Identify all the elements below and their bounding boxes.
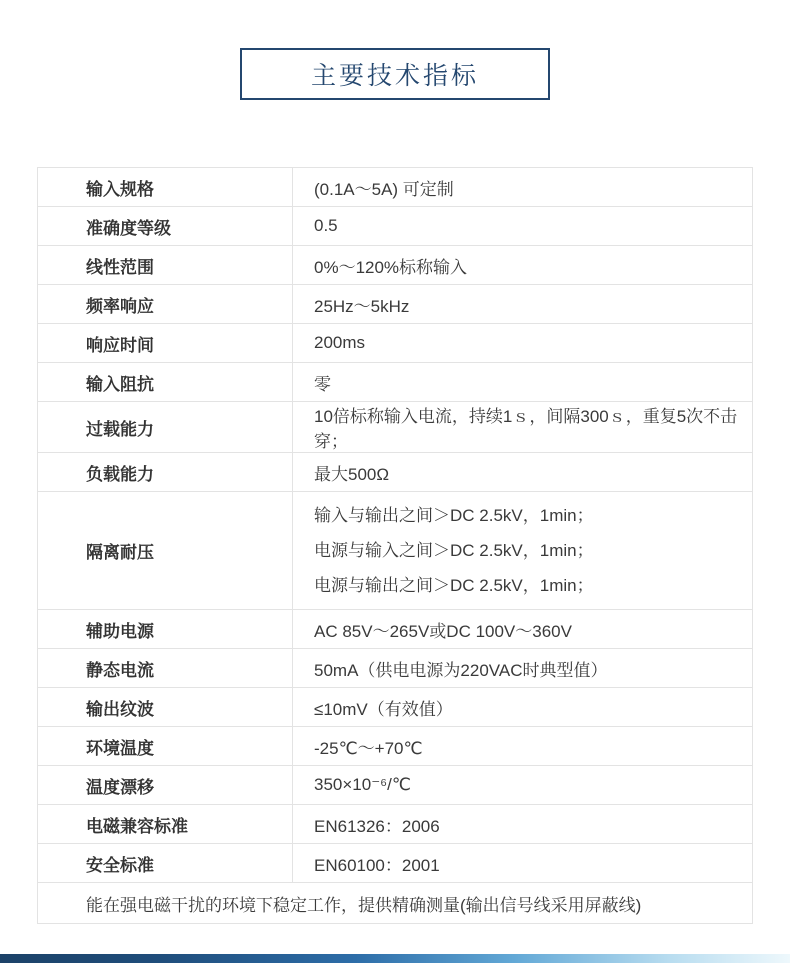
table-row-response-time: 响应时间 200ms [38,324,752,363]
table-row-linear-range: 线性范围 0%～120%标称输入 [38,246,752,285]
page-title: 主要技术指标 [311,56,479,92]
spec-table: 输入规格 (0.1A～5A) 可定制 准确度等级 0.5 线性范围 0%～120… [37,167,753,924]
spec-value: ≤10mV（有效值） [293,688,752,726]
table-row-input-impedance: 输入阻抗 零 [38,363,752,402]
spec-value: EN61326：2006 [293,805,752,843]
spec-label: 输出纹波 [38,688,293,726]
spec-label: 静态电流 [38,649,293,687]
spec-label: 负载能力 [38,453,293,491]
footer-note: 能在强电磁干扰的环境下稳定工作，提供精确测量(输出信号线采用屏蔽线) [38,883,752,923]
spec-value-line: 电源与输出之间＞DC 2.5kV，1min； [314,568,594,603]
spec-label: 频率响应 [38,285,293,323]
table-row-emc-standard: 电磁兼容标准 EN61326：2006 [38,805,752,844]
page-title-box: 主要技术指标 [240,48,550,100]
spec-value-line: 输入与输出之间＞DC 2.5kV，1min； [314,498,594,533]
table-row-safety-standard: 安全标准 EN60100：2001 [38,844,752,883]
spec-value: 最大500Ω [293,453,752,491]
spec-label: 安全标准 [38,844,293,882]
spec-value: 0.5 [293,207,752,245]
spec-value: AC 85V～265V或DC 100V～360V [293,610,752,648]
spec-label: 响应时间 [38,324,293,362]
table-row-auxiliary-power: 辅助电源 AC 85V～265V或DC 100V～360V [38,610,752,649]
spec-label: 输入阻抗 [38,363,293,401]
spec-label: 温度漂移 [38,766,293,804]
spec-value-multiline: 输入与输出之间＞DC 2.5kV，1min； 电源与输入之间＞DC 2.5kV，… [293,492,752,609]
spec-value: -25℃～+70℃ [293,727,752,765]
table-row-temperature-drift: 温度漂移 350×10⁻⁶/℃ [38,766,752,805]
spec-label: 输入规格 [38,168,293,206]
table-row-overload-capacity: 过载能力 10倍标称输入电流，持续1ｓ，间隔300ｓ，重复5次不击穿； [38,402,752,453]
table-row-quiescent-current: 静态电流 50mA（供电电源为220VAC时典型值） [38,649,752,688]
table-row-accuracy-class: 准确度等级 0.5 [38,207,752,246]
spec-value: 0%～120%标称输入 [293,246,752,284]
section-divider-bar [0,954,790,963]
spec-label: 过载能力 [38,402,293,452]
spec-label: 线性范围 [38,246,293,284]
spec-label: 辅助电源 [38,610,293,648]
table-row-ambient-temperature: 环境温度 -25℃～+70℃ [38,727,752,766]
table-row-isolation-withstand-voltage: 隔离耐压 输入与输出之间＞DC 2.5kV，1min； 电源与输入之间＞DC 2… [38,492,752,610]
spec-label: 环境温度 [38,727,293,765]
spec-label: 隔离耐压 [38,492,293,609]
spec-value: 350×10⁻⁶/℃ [293,766,752,804]
spec-label: 准确度等级 [38,207,293,245]
table-row-input-spec: 输入规格 (0.1A～5A) 可定制 [38,168,752,207]
spec-value: 25Hz～5kHz [293,285,752,323]
table-row-output-ripple: 输出纹波 ≤10mV（有效值） [38,688,752,727]
spec-value: 零 [293,363,752,401]
spec-value-line: 电源与输入之间＞DC 2.5kV，1min； [314,533,594,568]
table-row-footer-note: 能在强电磁干扰的环境下稳定工作，提供精确测量(输出信号线采用屏蔽线) [38,883,752,923]
spec-value: EN60100：2001 [293,844,752,882]
spec-value: (0.1A～5A) 可定制 [293,168,752,206]
spec-value: 10倍标称输入电流，持续1ｓ，间隔300ｓ，重复5次不击穿； [293,402,752,452]
spec-label: 电磁兼容标准 [38,805,293,843]
spec-value: 50mA（供电电源为220VAC时典型值） [293,649,752,687]
spec-value: 200ms [293,324,752,362]
table-row-frequency-response: 频率响应 25Hz～5kHz [38,285,752,324]
table-row-load-capacity: 负载能力 最大500Ω [38,453,752,492]
